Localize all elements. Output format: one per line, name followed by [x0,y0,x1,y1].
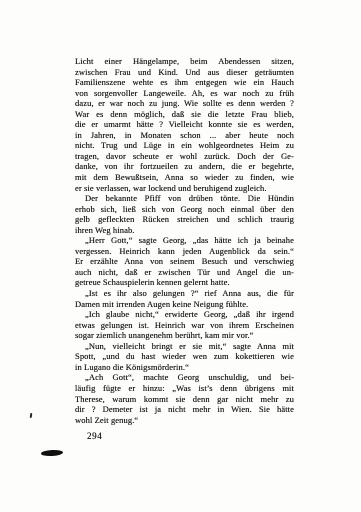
text-line: Licht einer Hängelampe, beim Abendessen … [75,56,294,67]
ink-smudge-mark [41,449,63,456]
text-line: wohl Zeit genug.“ [75,415,294,426]
text-line: in Jahren, in Monaten schon ... aber heu… [75,130,294,141]
text-line: Der bekannte Pfiff von drüben tönte. Die… [75,193,294,204]
text-line: von sorgenvoller Langeweile. Ah, es war … [75,88,294,99]
text-line: läufig fügte er hinzu: „Was ist’s denn ü… [75,383,294,394]
text-line: die er umarmt hätte ? Vielleicht konnte … [75,119,294,130]
text-line: Therese, warum kommt sie denn gar nicht … [75,394,294,405]
ink-speck-mark [30,413,33,418]
text-line: zwischen Frau und Kind. Und aus dieser g… [75,67,294,78]
text-line: mit dem Bewußtsein, Anna so wieder zu fi… [75,172,294,183]
text-line: Er erzählte Anna von seinem Besuch und v… [75,256,294,267]
text-line: War es denn möglich, daß sie die letzte … [75,109,294,120]
text-line: „Ich glaube nicht,“ erwiderte Georg, „da… [75,309,294,320]
page-number: 294 [87,431,102,441]
text-line: dazu, er war noch zu jung. Wie sollte es… [75,98,294,109]
text-line: ihren Weg hinab. [75,225,294,236]
text-line: nicht. Trug und Lüge in ein wohlgeordnet… [75,140,294,151]
text-line: er sie verlassen, war lockend und beruhi… [75,183,294,194]
text-line: etwas gelungen ist. Heinrich war von ihr… [75,320,294,331]
book-page: Licht einer Hängelampe, beim Abendessen … [0,0,361,512]
text-line: „Herr Gott,“ sagte Georg, „das hätte ich… [75,235,294,246]
text-line: sogar ziemlich unangenehm berührt, kam m… [75,330,294,341]
text-line: „Nun, vielleicht bringt er sie mit,“ sag… [75,341,294,352]
text-line: erhob sich, ließ sich von Georg noch ein… [75,204,294,215]
text-line: getreue Schauspielerin kennen gelernt ha… [75,277,294,288]
text-line: „Ist es ihr also gelungen ?“ rief Anna a… [75,288,294,299]
text-line: gelb gefleckten Rücken streichen und sch… [75,214,294,225]
text-line: dir ? Demeter ist ja nicht mehr in Wien.… [75,404,294,415]
text-line: Damen mit irrenden Augen keine Neigung f… [75,299,294,310]
text-line: tragen, davor scheute er wohl zurück. Do… [75,151,294,162]
text-line: in Lugano die Königsmörderin.“ [75,362,294,373]
text-line: vergessen. Heinrich kann jeden Augenblic… [75,246,294,257]
text-line: „Ach Gott“, machte Georg unschuldig, und… [75,372,294,383]
text-block: Licht einer Hängelampe, beim Abendessen … [75,56,294,425]
text-line: auch nicht, daß er zwischen Tür und Ange… [75,267,294,278]
text-line: Familienszene wehte es ihm entgegen wie … [75,77,294,88]
text-line: danke, von ihr fortzueilen zu andern, di… [75,161,294,172]
text-line: Spott, „und du hast wieder wen zum koket… [75,351,294,362]
